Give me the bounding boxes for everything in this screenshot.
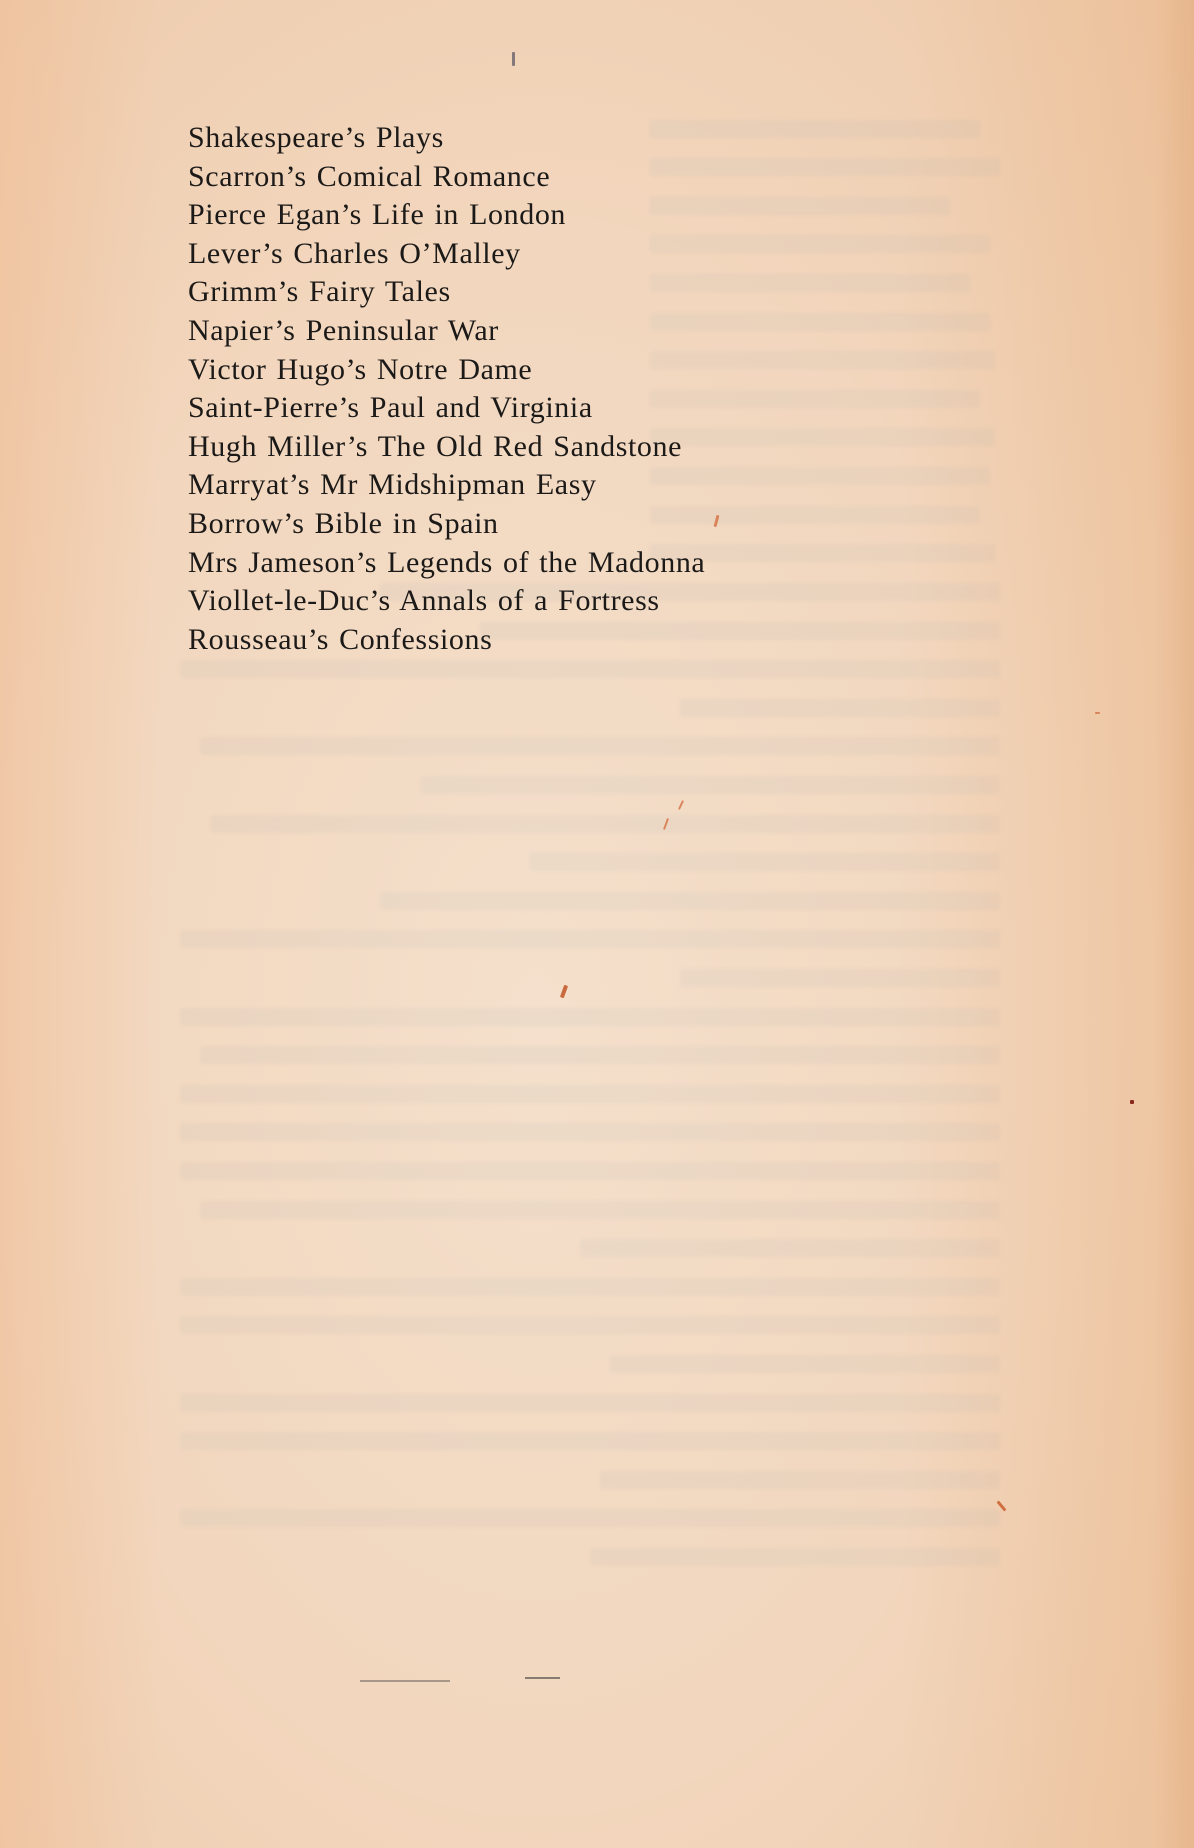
list-item: Marryat’s Mr Midshipman Easy — [188, 466, 705, 505]
list-item: Scarron’s Comical Romance — [188, 158, 705, 197]
ink-smudge — [360, 1680, 450, 1682]
page-edge-shading — [1154, 0, 1194, 1848]
paper-fiber — [713, 515, 719, 527]
paper-fiber — [678, 800, 684, 810]
paper-fiber — [1095, 712, 1100, 714]
ink-speck — [512, 52, 515, 66]
list-item: Grimm’s Fairy Tales — [188, 273, 705, 312]
book-list: Shakespeare’s Plays Scarron’s Comical Ro… — [188, 119, 705, 659]
paper-fiber — [996, 1500, 1006, 1511]
list-item: Borrow’s Bible in Spain — [188, 505, 705, 544]
book-page: Shakespeare’s Plays Scarron’s Comical Ro… — [0, 0, 1194, 1848]
list-item: Shakespeare’s Plays — [188, 119, 705, 158]
list-item: Lever’s Charles O’Malley — [188, 235, 705, 274]
paper-fiber — [663, 818, 669, 830]
list-item: Saint-Pierre’s Paul and Virginia — [188, 389, 705, 428]
list-item: Pierce Egan’s Life in London — [188, 196, 705, 235]
list-item: Mrs Jameson’s Legends of the Madonna — [188, 544, 705, 583]
paper-fiber — [560, 985, 568, 999]
list-item: Viollet-le-Duc’s Annals of a Fortress — [188, 582, 705, 621]
list-item: Hugh Miller’s The Old Red Sandstone — [188, 428, 705, 467]
list-item: Rousseau’s Confessions — [188, 621, 705, 660]
paper-fiber — [1130, 1100, 1134, 1104]
list-item: Napier’s Peninsular War — [188, 312, 705, 351]
list-item: Victor Hugo’s Notre Dame — [188, 351, 705, 390]
ink-smudge — [525, 1677, 560, 1679]
